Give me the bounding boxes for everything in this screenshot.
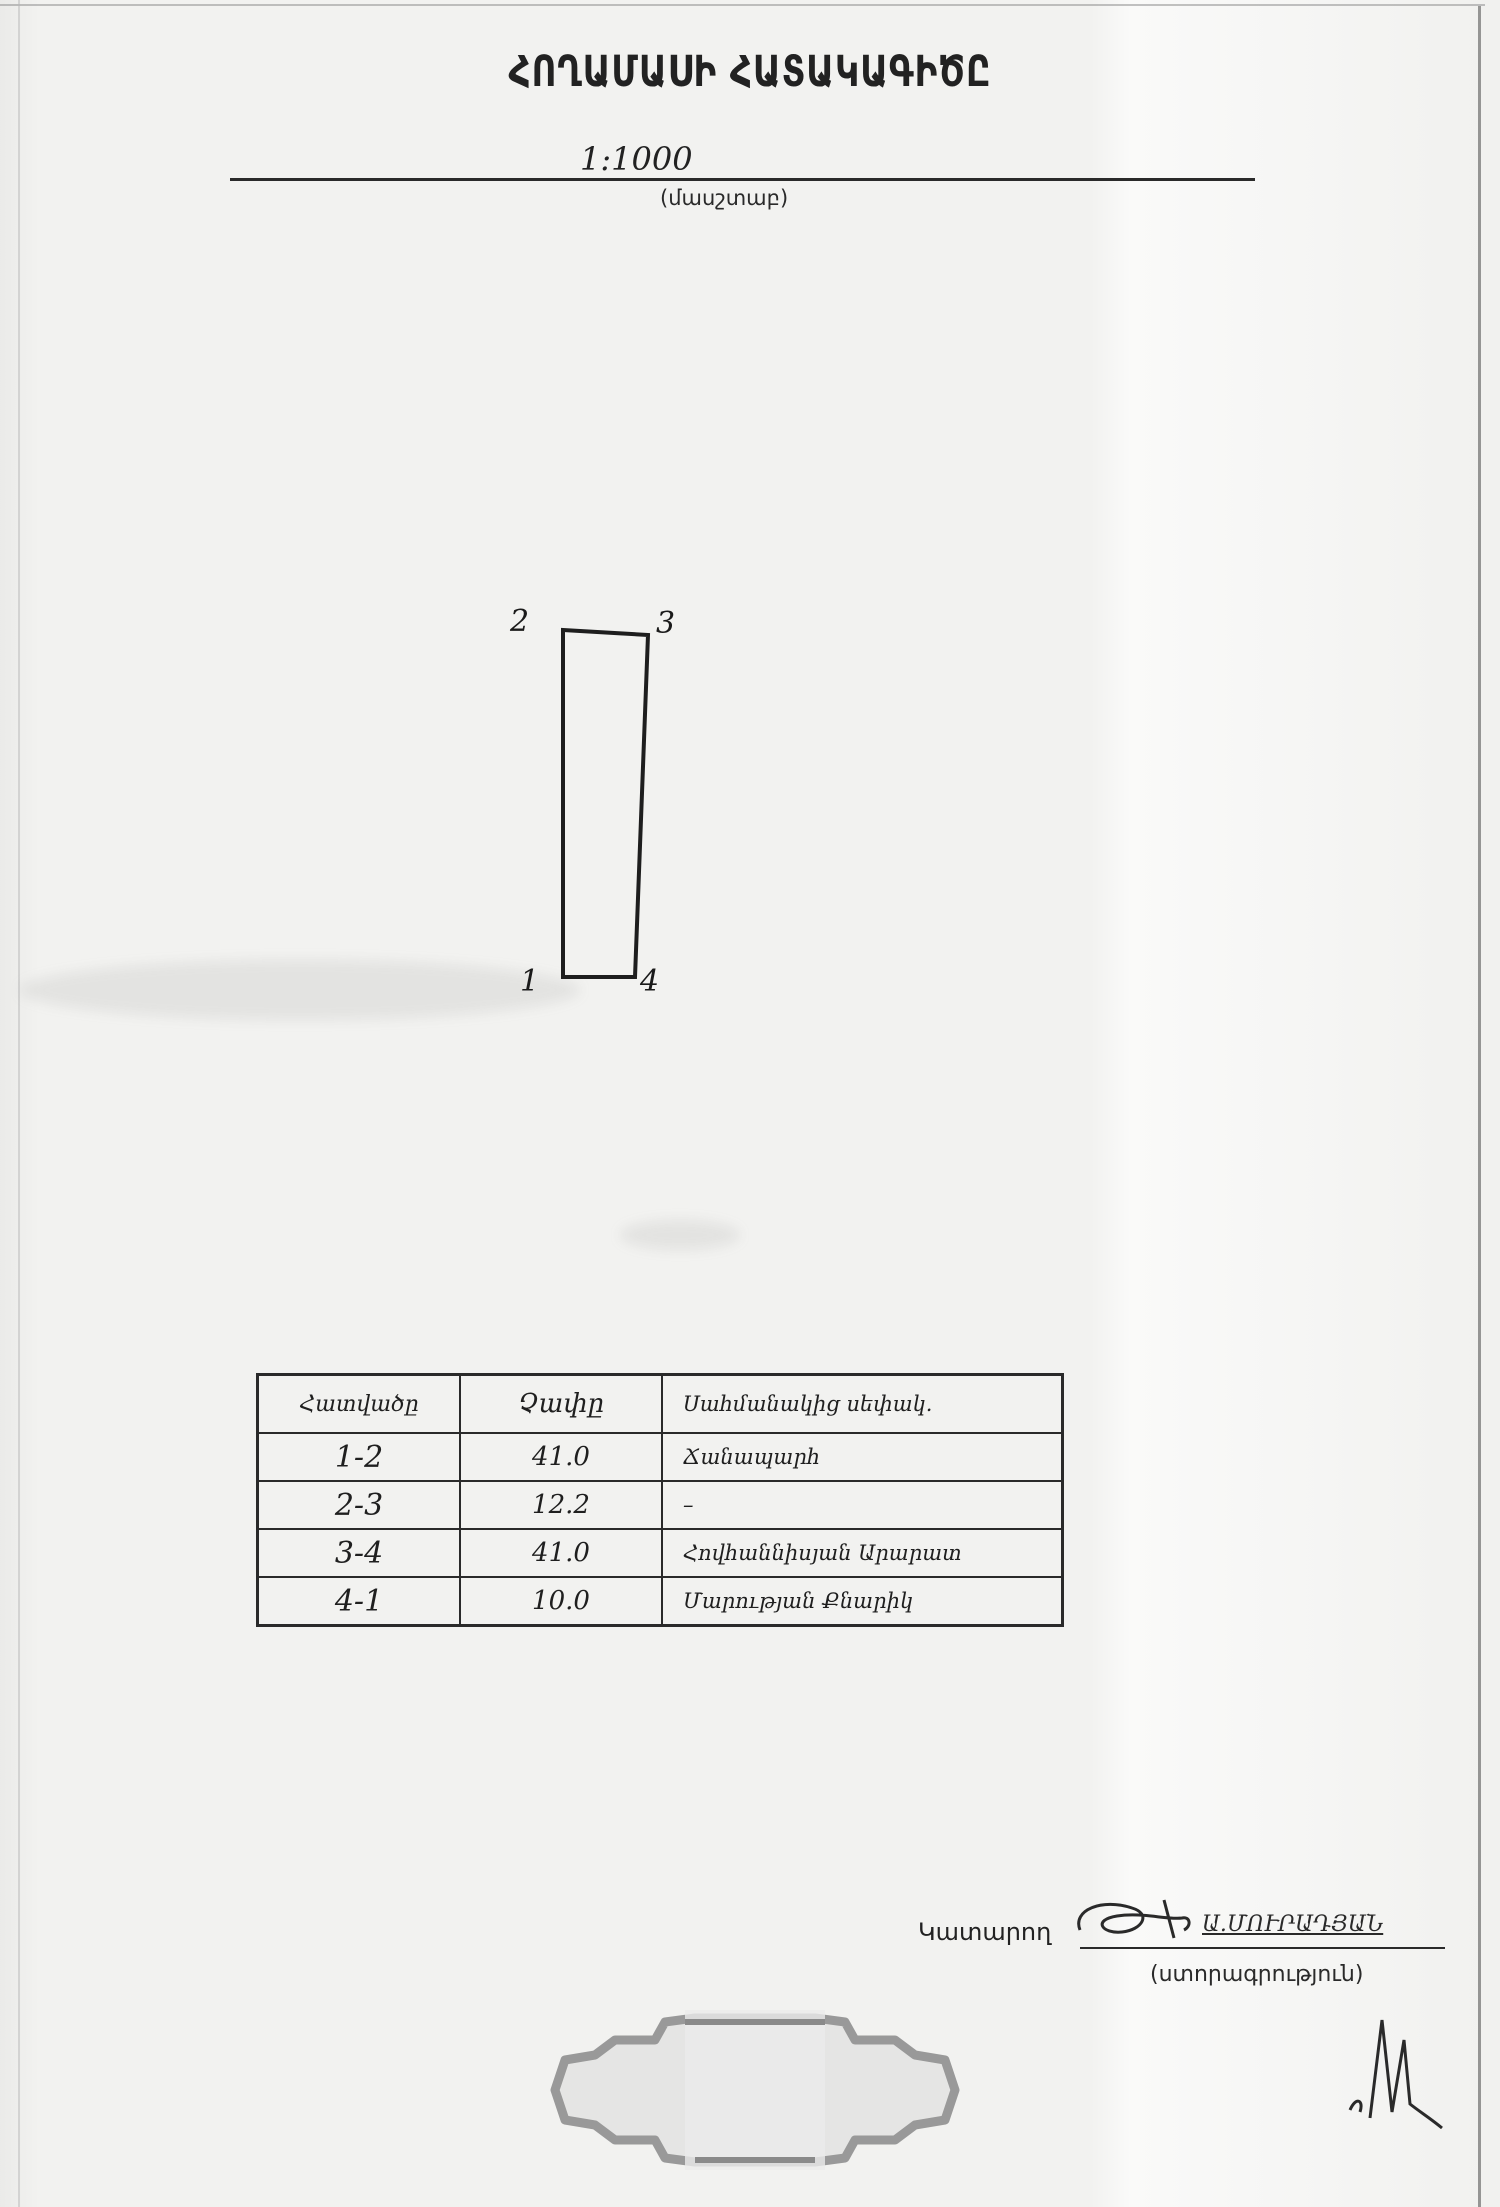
table-row: 1-2 41.0 Ճանապարհ bbox=[258, 1433, 1063, 1481]
table-row: 3-4 41.0 Հովհաննիսյան Արարատ bbox=[258, 1529, 1063, 1577]
scale-value: 1:1000 bbox=[580, 140, 740, 178]
table-header-row: Հատվածը Չափը Սահմանակից սեփակ. bbox=[258, 1375, 1063, 1434]
segment-cell: 4-1 bbox=[258, 1577, 461, 1626]
page-border-right bbox=[1478, 6, 1481, 2207]
table-row: 2-3 12.2 – bbox=[258, 1481, 1063, 1529]
signature-caption: (ստորագրություն) bbox=[1150, 1962, 1363, 1987]
page-border-left bbox=[18, 0, 20, 2207]
scale-underline bbox=[230, 178, 1255, 181]
page-border-top bbox=[0, 4, 1485, 6]
length-cell: 41.0 bbox=[460, 1529, 662, 1577]
vertex-label-1: 1 bbox=[520, 964, 539, 999]
handwritten-initials-icon bbox=[1330, 2000, 1460, 2140]
scanned-document-page bbox=[0, 0, 1500, 2207]
signature-line bbox=[1080, 1947, 1445, 1949]
length-cell: 41.0 bbox=[460, 1433, 662, 1481]
document-title: ՀՈՂԱՄԱՍԻ ՀԱՏԱԿԱԳԻԾԸ bbox=[0, 47, 1500, 97]
handwritten-signature-icon bbox=[1072, 1890, 1207, 1950]
executor-name: Ա.ՄՈՒՐԱԴՅԱՆ bbox=[1202, 1912, 1383, 1937]
segment-cell: 3-4 bbox=[258, 1529, 461, 1577]
scan-smudge bbox=[620, 1220, 740, 1250]
boundary-table: Հատվածը Չափը Սահմանակից սեփակ. 1-2 41.0 … bbox=[256, 1373, 1064, 1627]
adjacent-cell: Ճանապարհ bbox=[662, 1433, 1063, 1481]
vertex-label-3: 3 bbox=[656, 606, 675, 641]
decorative-stamp-frame-icon bbox=[535, 2000, 975, 2180]
segment-cell: 2-3 bbox=[258, 1481, 461, 1529]
segment-cell: 1-2 bbox=[258, 1433, 461, 1481]
scan-smudge bbox=[20, 960, 580, 1020]
length-cell: 10.0 bbox=[460, 1577, 662, 1626]
adjacent-cell: Հովհաննիսյան Արարատ bbox=[662, 1529, 1063, 1577]
table-row: 4-1 10.0 Մարության Քնարիկ bbox=[258, 1577, 1063, 1626]
header-adjacent: Սահմանակից սեփակ. bbox=[662, 1375, 1063, 1434]
adjacent-cell: Մարության Քնարիկ bbox=[662, 1577, 1063, 1626]
scale-caption: (մասշտաբ) bbox=[660, 186, 788, 210]
executor-label: Կատարող bbox=[918, 1918, 1051, 1946]
vertex-label-2: 2 bbox=[510, 604, 529, 639]
vertex-label-4: 4 bbox=[640, 964, 659, 999]
header-segment: Հատվածը bbox=[258, 1375, 461, 1434]
length-cell: 12.2 bbox=[460, 1481, 662, 1529]
header-length: Չափը bbox=[460, 1375, 662, 1434]
adjacent-cell: – bbox=[662, 1481, 1063, 1529]
